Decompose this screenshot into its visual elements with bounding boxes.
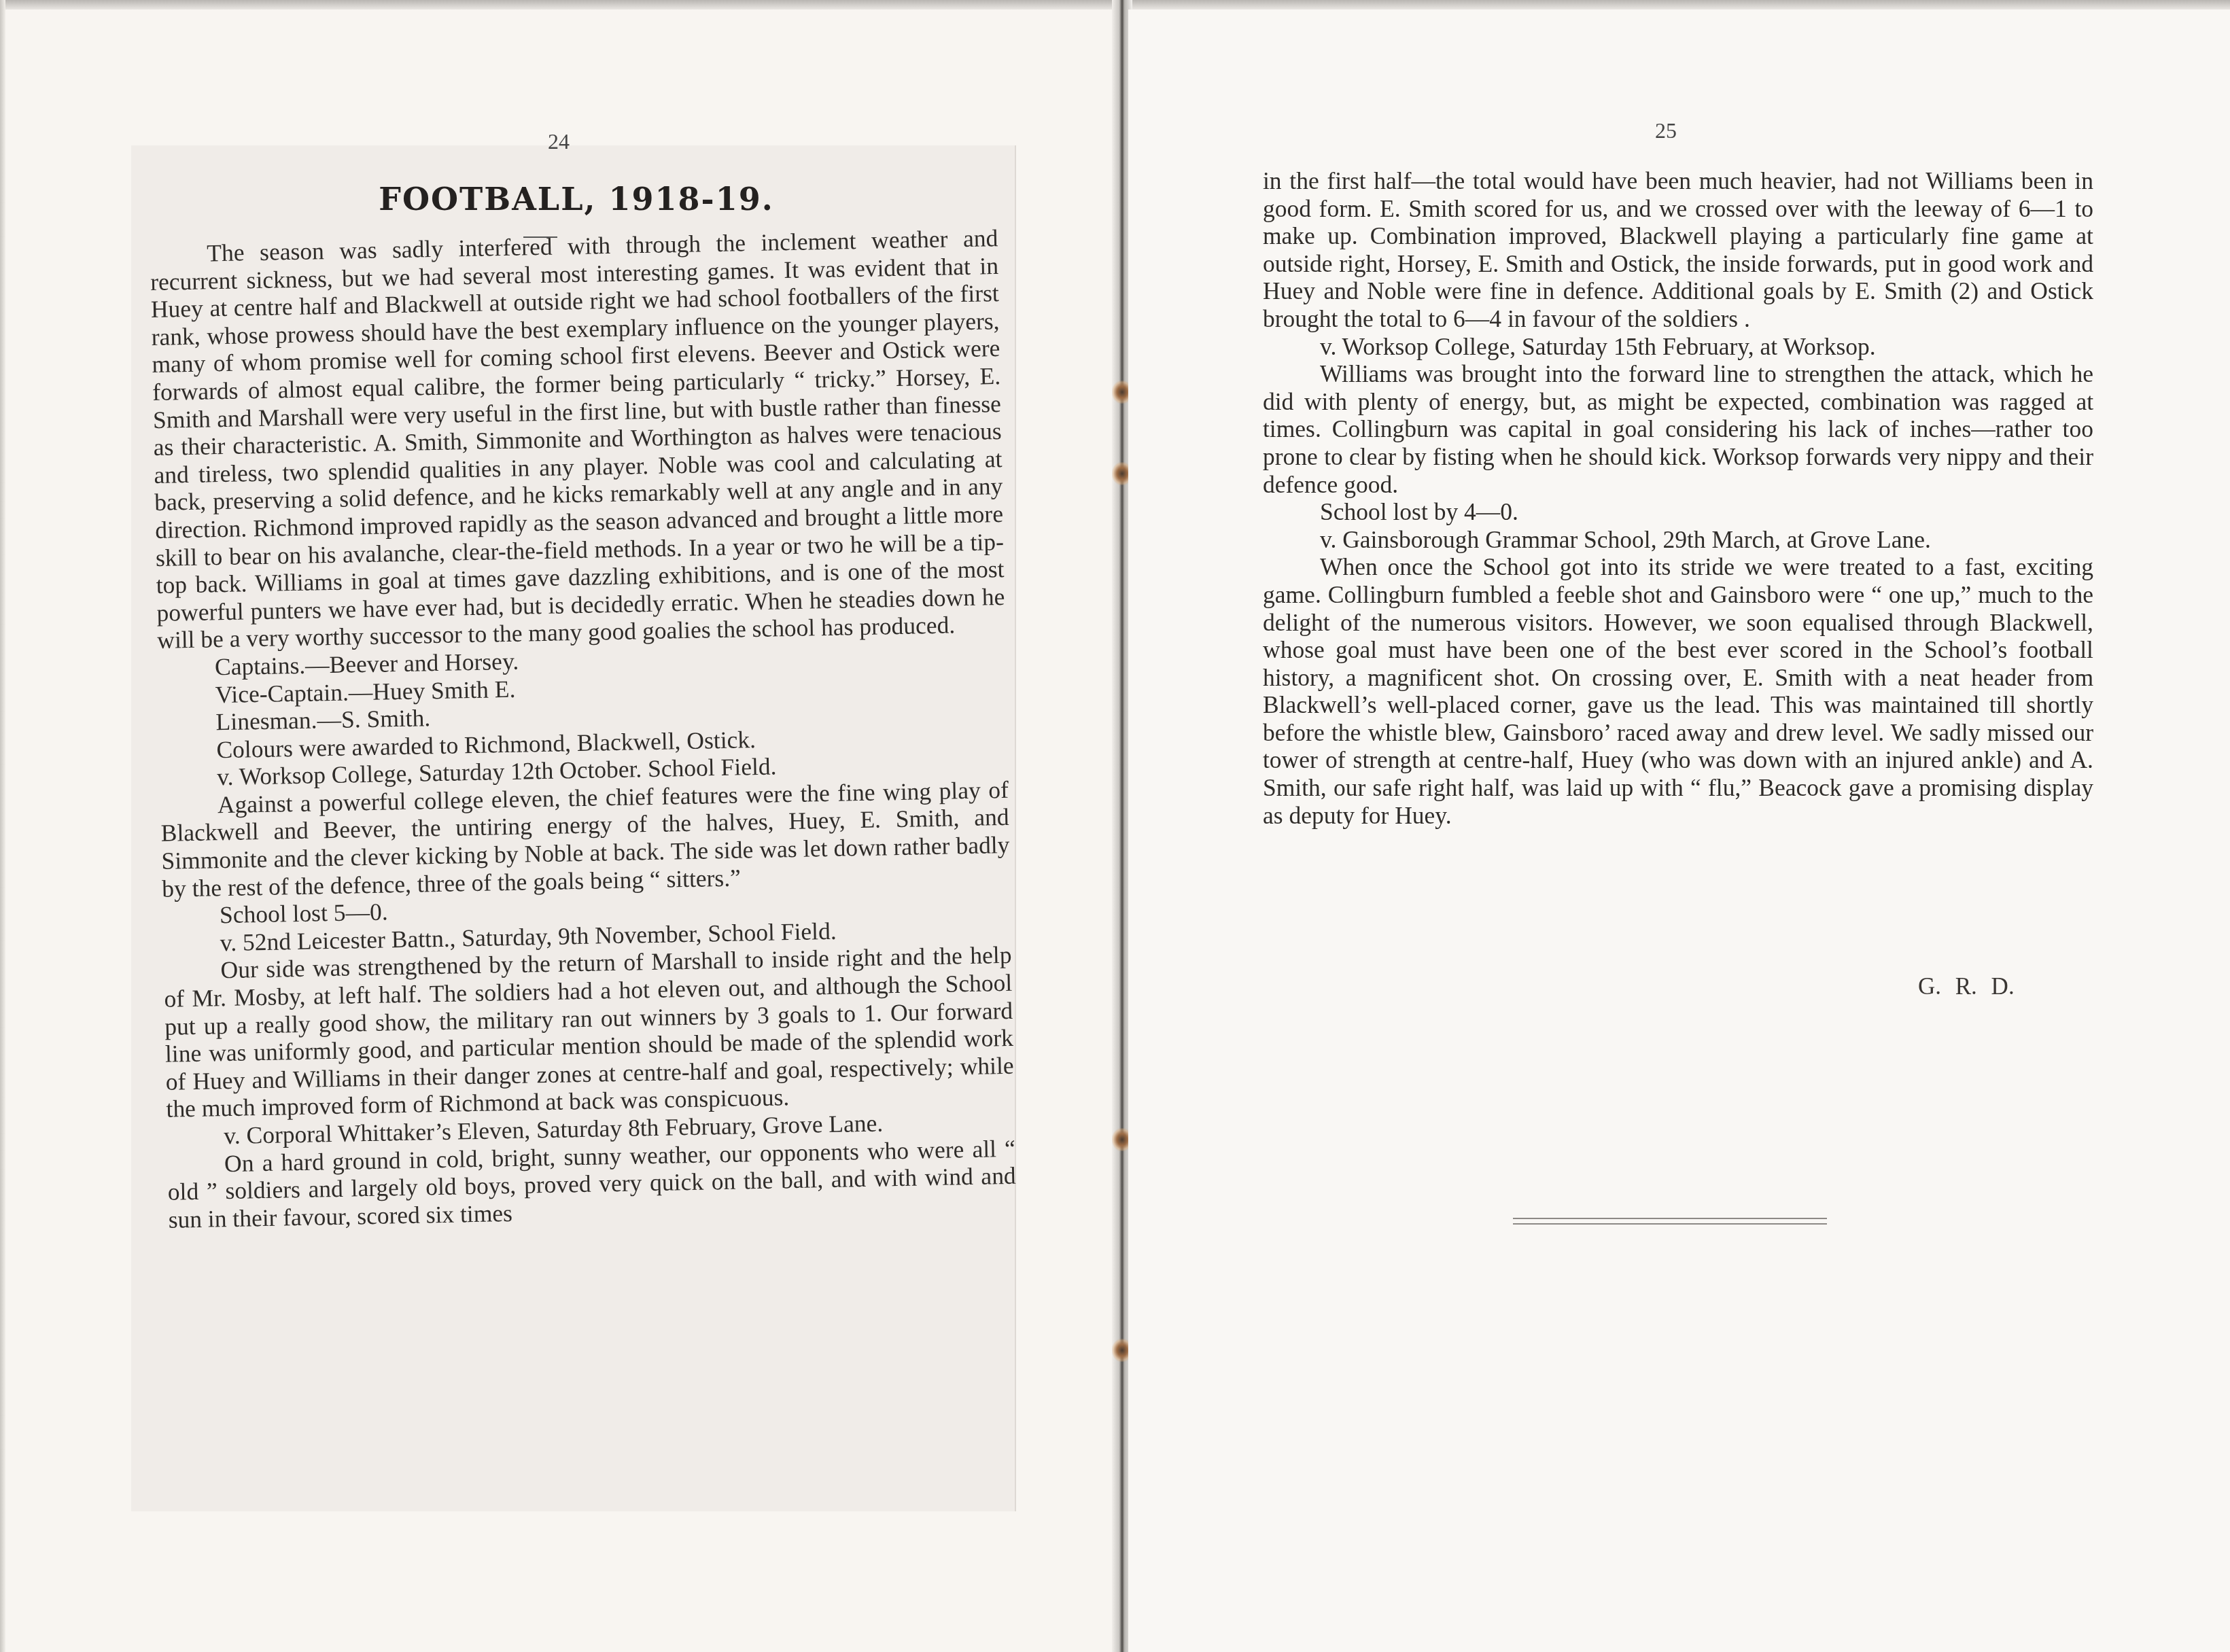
left-body-text: The season was sadly interfered with thr… [150, 224, 1017, 1233]
page-number: 24 [548, 129, 570, 154]
match-report: Against a powerful college eleven, the c… [160, 776, 1011, 902]
right-page: 25 in the first half—the total would hav… [1128, 10, 2230, 1652]
match-report: Williams was brought into the forward li… [1263, 360, 2093, 498]
match-result: School lost by 4—0. [1263, 498, 2093, 526]
match-report: On a hard ground in cold, bright, sunny … [167, 1134, 1017, 1233]
left-page: 24 FOOTBALL, 1918-19. The season was sad… [5, 10, 1120, 1652]
article-title: FOOTBALL, 1918-19. [155, 181, 998, 217]
author-initials: G. R. D. [1918, 973, 2015, 1000]
left-page-edge [0, 0, 5, 1652]
book-spread: 24 FOOTBALL, 1918-19. The season was sad… [0, 0, 2230, 1652]
match-heading: v. Worksop College, Saturday 15th Februa… [1263, 333, 2093, 361]
page-number: 25 [1655, 118, 1677, 143]
match-report: Our side was strengthened by the return … [163, 941, 1014, 1123]
match-report: When once the School got into its stride… [1263, 553, 2093, 829]
end-of-article-rule [1513, 1218, 1827, 1225]
match-heading: v. Gainsborough Grammar School, 29th Mar… [1263, 526, 2093, 554]
intro-paragraph: The season was sadly interfered with thr… [150, 224, 1005, 654]
continued-paragraph: in the first half—the total would have b… [1263, 167, 2093, 333]
right-body-text: in the first half—the total would have b… [1263, 167, 2093, 829]
